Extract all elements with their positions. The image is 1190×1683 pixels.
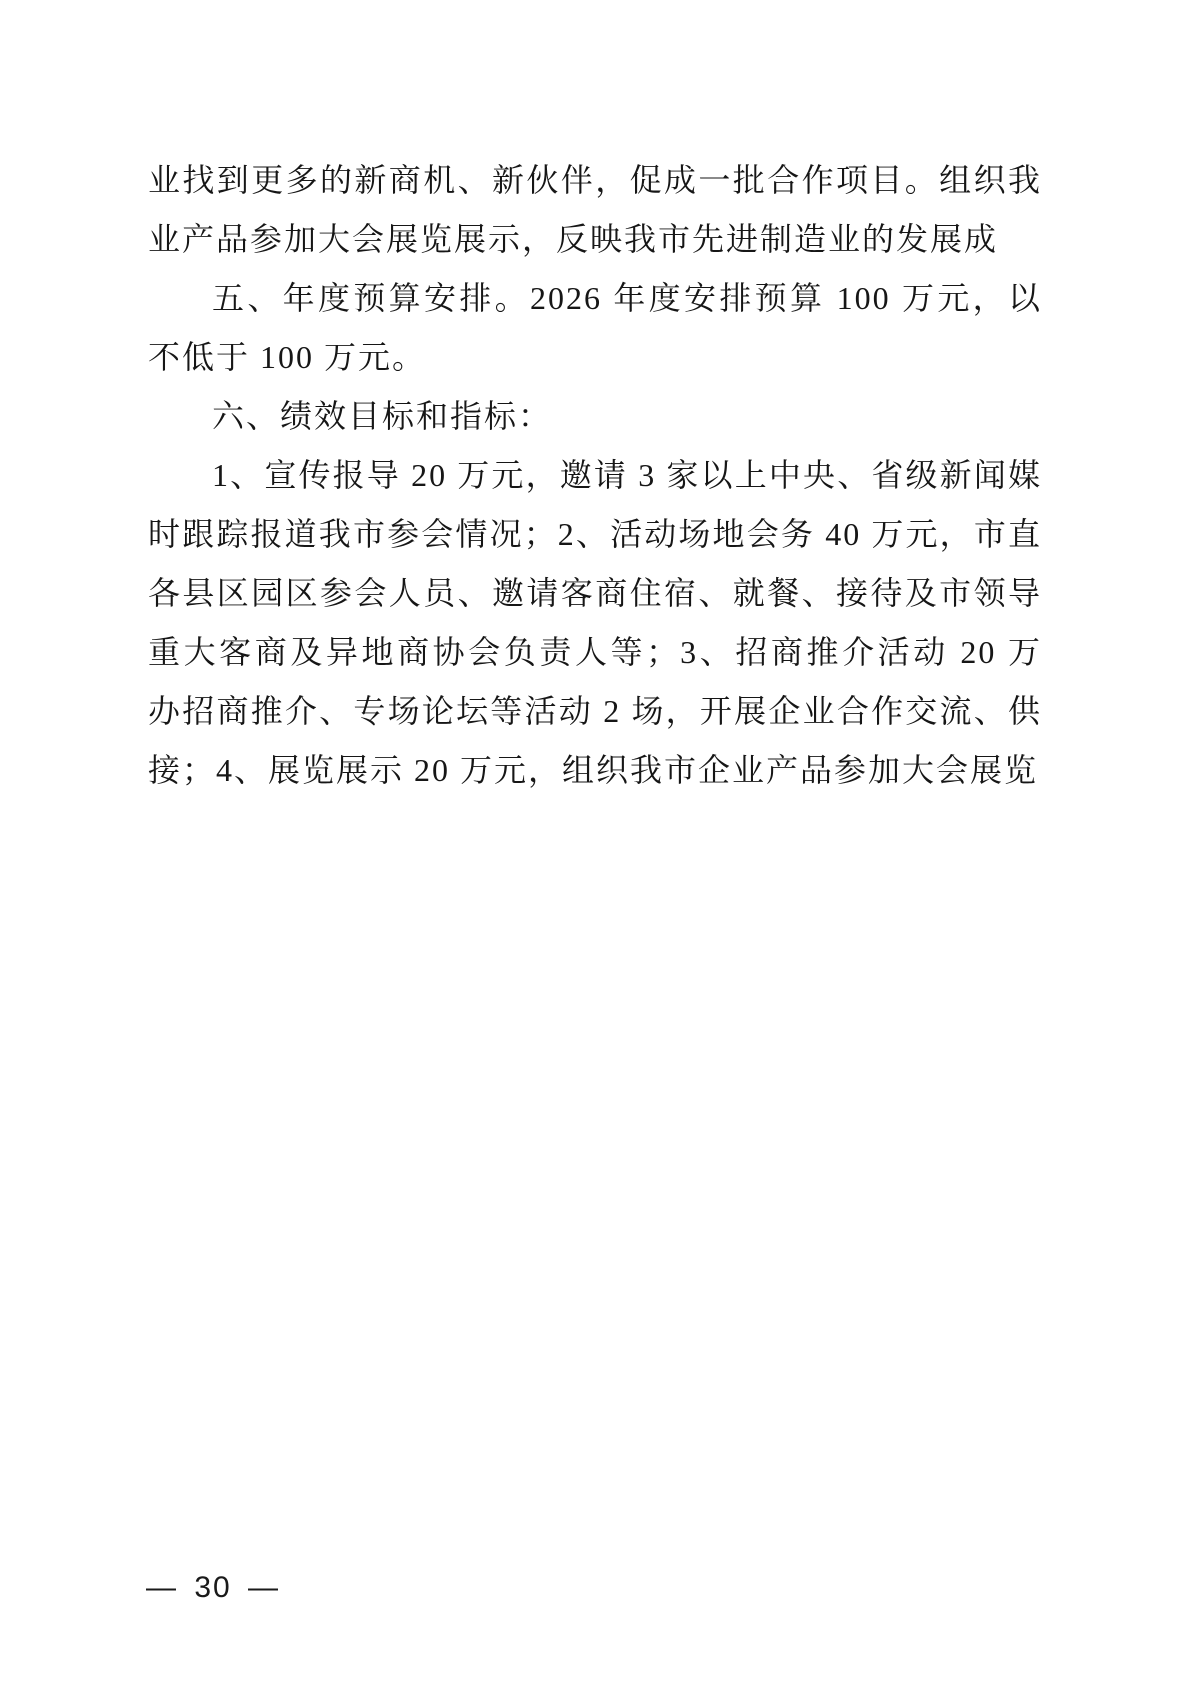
text-line: 接；4、展览展示 20 万元，组织我市企业产品参加大会展览展示。 [148, 741, 1042, 800]
text-line: 六、绩效目标和指标： [148, 387, 1042, 446]
text-line: 重大客商及异地商协会负责人等；3、招商推介活动 20 万元，举 [148, 623, 1042, 682]
text-line: 时跟踪报道我市参会情况；2、活动场地会务 40 万元，市直机关、 [148, 505, 1042, 564]
page-number: — 30 — [146, 1568, 280, 1608]
text-line: 各县区园区参会人员、邀请客商住宿、就餐、接待及市领导接待 [148, 564, 1042, 623]
text-line: 业产品参加大会展览展示，反映我市先进制造业的发展成果。 [148, 210, 1042, 269]
text-line: 业找到更多的新商机、新伙伴，促成一批合作项目。组织我市企 [148, 151, 1042, 210]
text-line: 办招商推介、专场论坛等活动 2 场，开展企业合作交流、供需对 [148, 682, 1042, 741]
document-body: 业找到更多的新商机、新伙伴，促成一批合作项目。组织我市企 业产品参加大会展览展示… [148, 151, 1042, 800]
text-line: 不低于 100 万元。 [148, 328, 1042, 387]
text-line: 五、年度预算安排。2026 年度安排预算 100 万元，以后每年 [148, 269, 1042, 328]
text-line: 1、宣传报导 20 万元，邀请 3 家以上中央、省级新闻媒体实 [148, 446, 1042, 505]
document-page: 业找到更多的新商机、新伙伴，促成一批合作项目。组织我市企 业产品参加大会展览展示… [0, 0, 1190, 1683]
